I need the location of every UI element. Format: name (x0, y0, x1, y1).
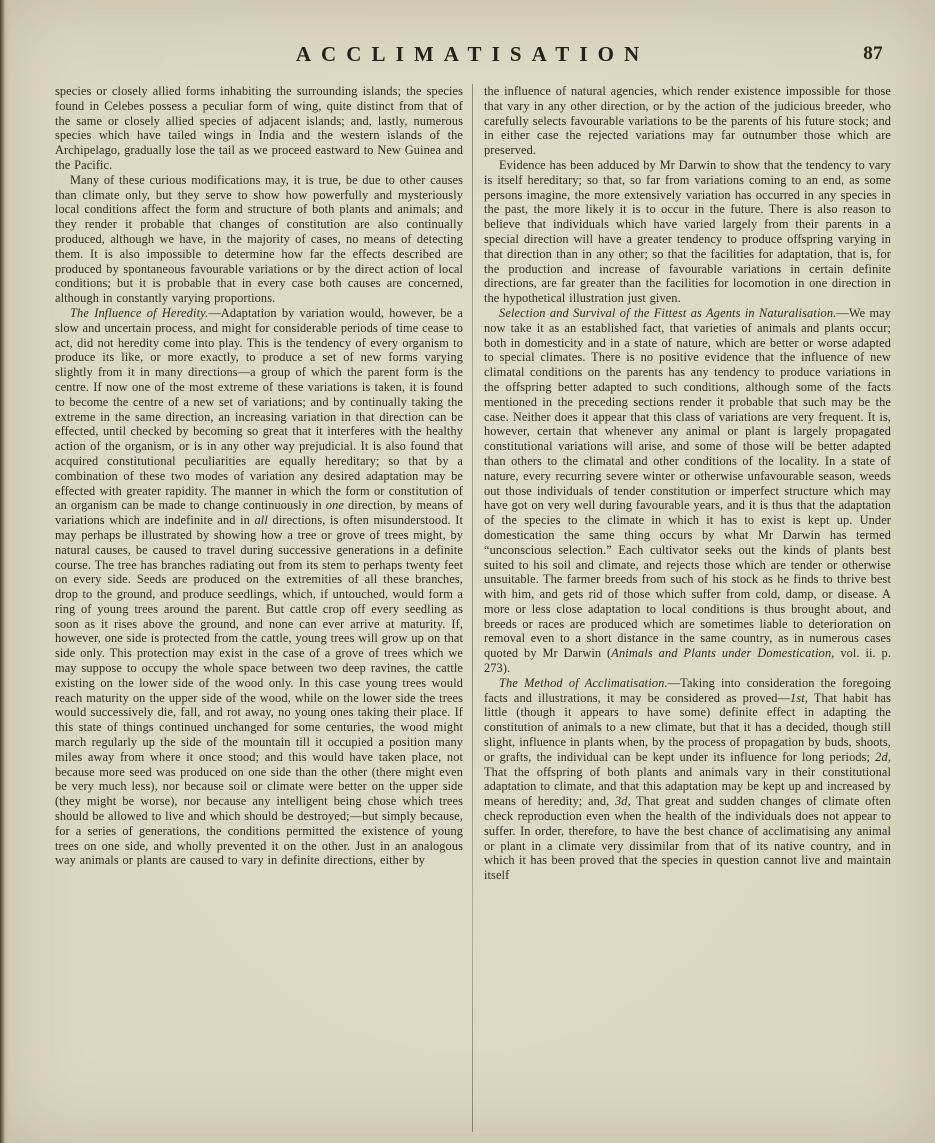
text-columns: species or closely allied forms inhabiti… (55, 84, 891, 1132)
page-number: 87 (863, 43, 883, 65)
right-column: the influence of natural agencies, which… (478, 84, 891, 1132)
paragraph: The Influence of Heredity.—Adaptation by… (55, 306, 463, 868)
left-column: species or closely allied forms inhabiti… (55, 84, 463, 1132)
paragraph: the influence of natural agencies, which… (484, 84, 891, 158)
running-title: ACCLIMATISATION (0, 42, 935, 67)
italic-text: The Influence of Heredity. (70, 306, 208, 320)
body-text: directions, is often misunderstood. It m… (55, 513, 463, 867)
italic-text: one (326, 498, 344, 512)
paragraph: The Method of Acclimatisation.—Taking in… (484, 676, 891, 883)
paragraph: species or closely allied forms inhabiti… (55, 84, 463, 173)
italic-text: The Method of Acclimatisation. (499, 676, 668, 690)
body-text: —We may now take it as an established fa… (484, 306, 891, 660)
column-divider (472, 84, 473, 1132)
body-text: species or closely allied forms inhabiti… (55, 84, 463, 172)
body-text: Evidence has been adduced by Mr Darwin t… (484, 158, 891, 305)
paragraph: Evidence has been adduced by Mr Darwin t… (484, 158, 891, 306)
paragraph: Selection and Survival of the Fittest as… (484, 306, 891, 676)
italic-text: all (254, 513, 267, 527)
italic-text: 2d (875, 750, 888, 764)
italic-text: 1st (790, 691, 805, 705)
book-page: ACCLIMATISATION 87 species or closely al… (0, 0, 935, 1143)
body-text: Many of these curious modifications may,… (55, 173, 463, 305)
body-text: —Adaptation by variation would, however,… (55, 306, 463, 512)
paragraph: Many of these curious modifications may,… (55, 173, 463, 306)
scanned-page-edge (0, 0, 9, 1143)
body-text: the influence of natural agencies, which… (484, 84, 891, 157)
italic-text: 3d (615, 794, 628, 808)
italic-text: Animals and Plants under Domestication (611, 646, 831, 660)
page-header: ACCLIMATISATION 87 (0, 42, 935, 76)
italic-text: Selection and Survival of the Fittest as… (499, 306, 836, 320)
